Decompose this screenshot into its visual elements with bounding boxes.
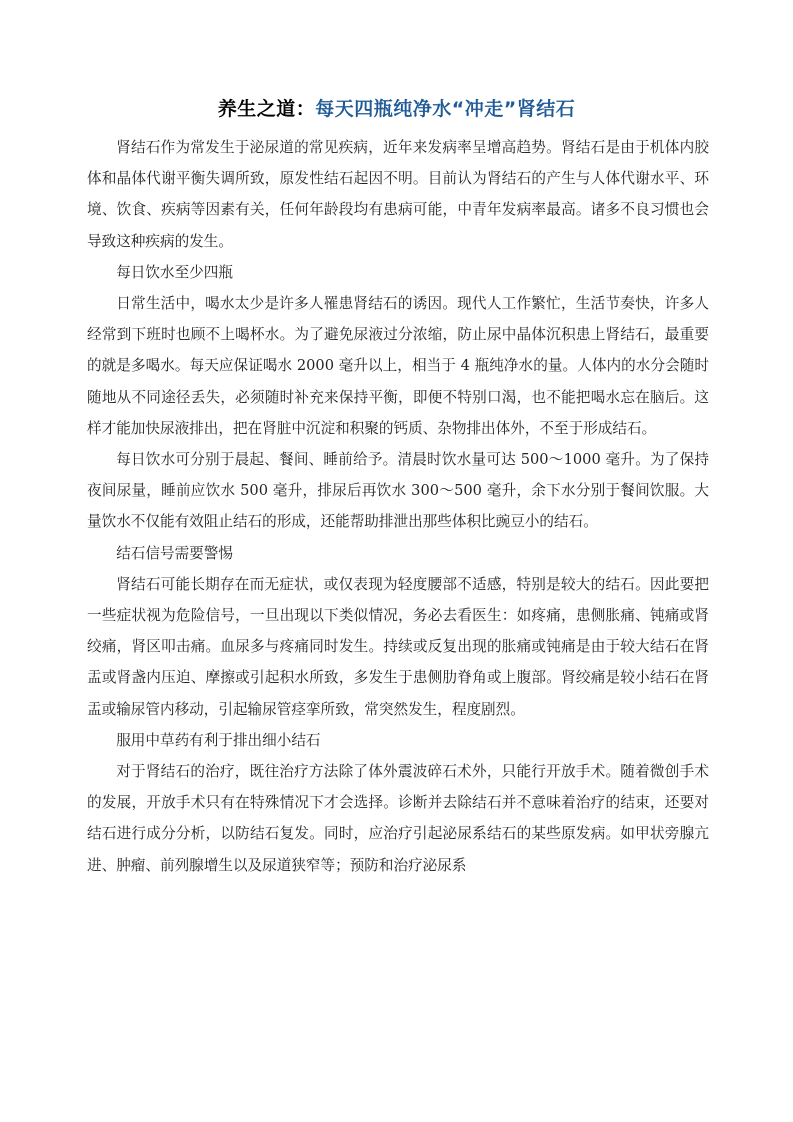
section-heading-herbal-medicine: 服用中草药有利于排出细小结石 xyxy=(87,725,709,756)
document-page: 养生之道：每天四瓶纯净水“冲走”肾结石 肾结石作为常发生于泌尿道的常见疾病，近年… xyxy=(0,0,793,1122)
paragraph-intro: 肾结石作为常发生于泌尿道的常见疾病，近年来发病率呈增高趋势。肾结石是由于机体内胶… xyxy=(87,132,709,257)
document-title: 养生之道：每天四瓶纯净水“冲走”肾结石 xyxy=(0,95,793,123)
title-prefix: 养生之道： xyxy=(218,98,316,120)
paragraph: 肾结石可能长期存在而无症状，或仅表现为轻度腰部不适感，特别是较大的结石。因此要把… xyxy=(87,569,709,725)
title-main: 每天四瓶纯净水“冲走”肾结石 xyxy=(315,98,575,120)
paragraph: 日常生活中，喝水太少是许多人罹患肾结石的诱因。现代人工作繁忙，生活节奏快，许多人… xyxy=(87,288,709,444)
section-heading-warning-signs: 结石信号需要警惕 xyxy=(87,538,709,569)
paragraph: 每日饮水可分别于晨起、餐间、睡前给予。清晨时饮水量可达 500～1000 毫升。… xyxy=(87,444,709,538)
paragraph: 对于肾结石的治疗，既往治疗方法除了体外震波碎石术外，只能行开放手术。随着微创手术… xyxy=(87,756,709,881)
section-heading-drink-water: 每日饮水至少四瓶 xyxy=(87,257,709,288)
document-body: 肾结石作为常发生于泌尿道的常见疾病，近年来发病率呈增高趋势。肾结石是由于机体内胶… xyxy=(87,132,709,881)
